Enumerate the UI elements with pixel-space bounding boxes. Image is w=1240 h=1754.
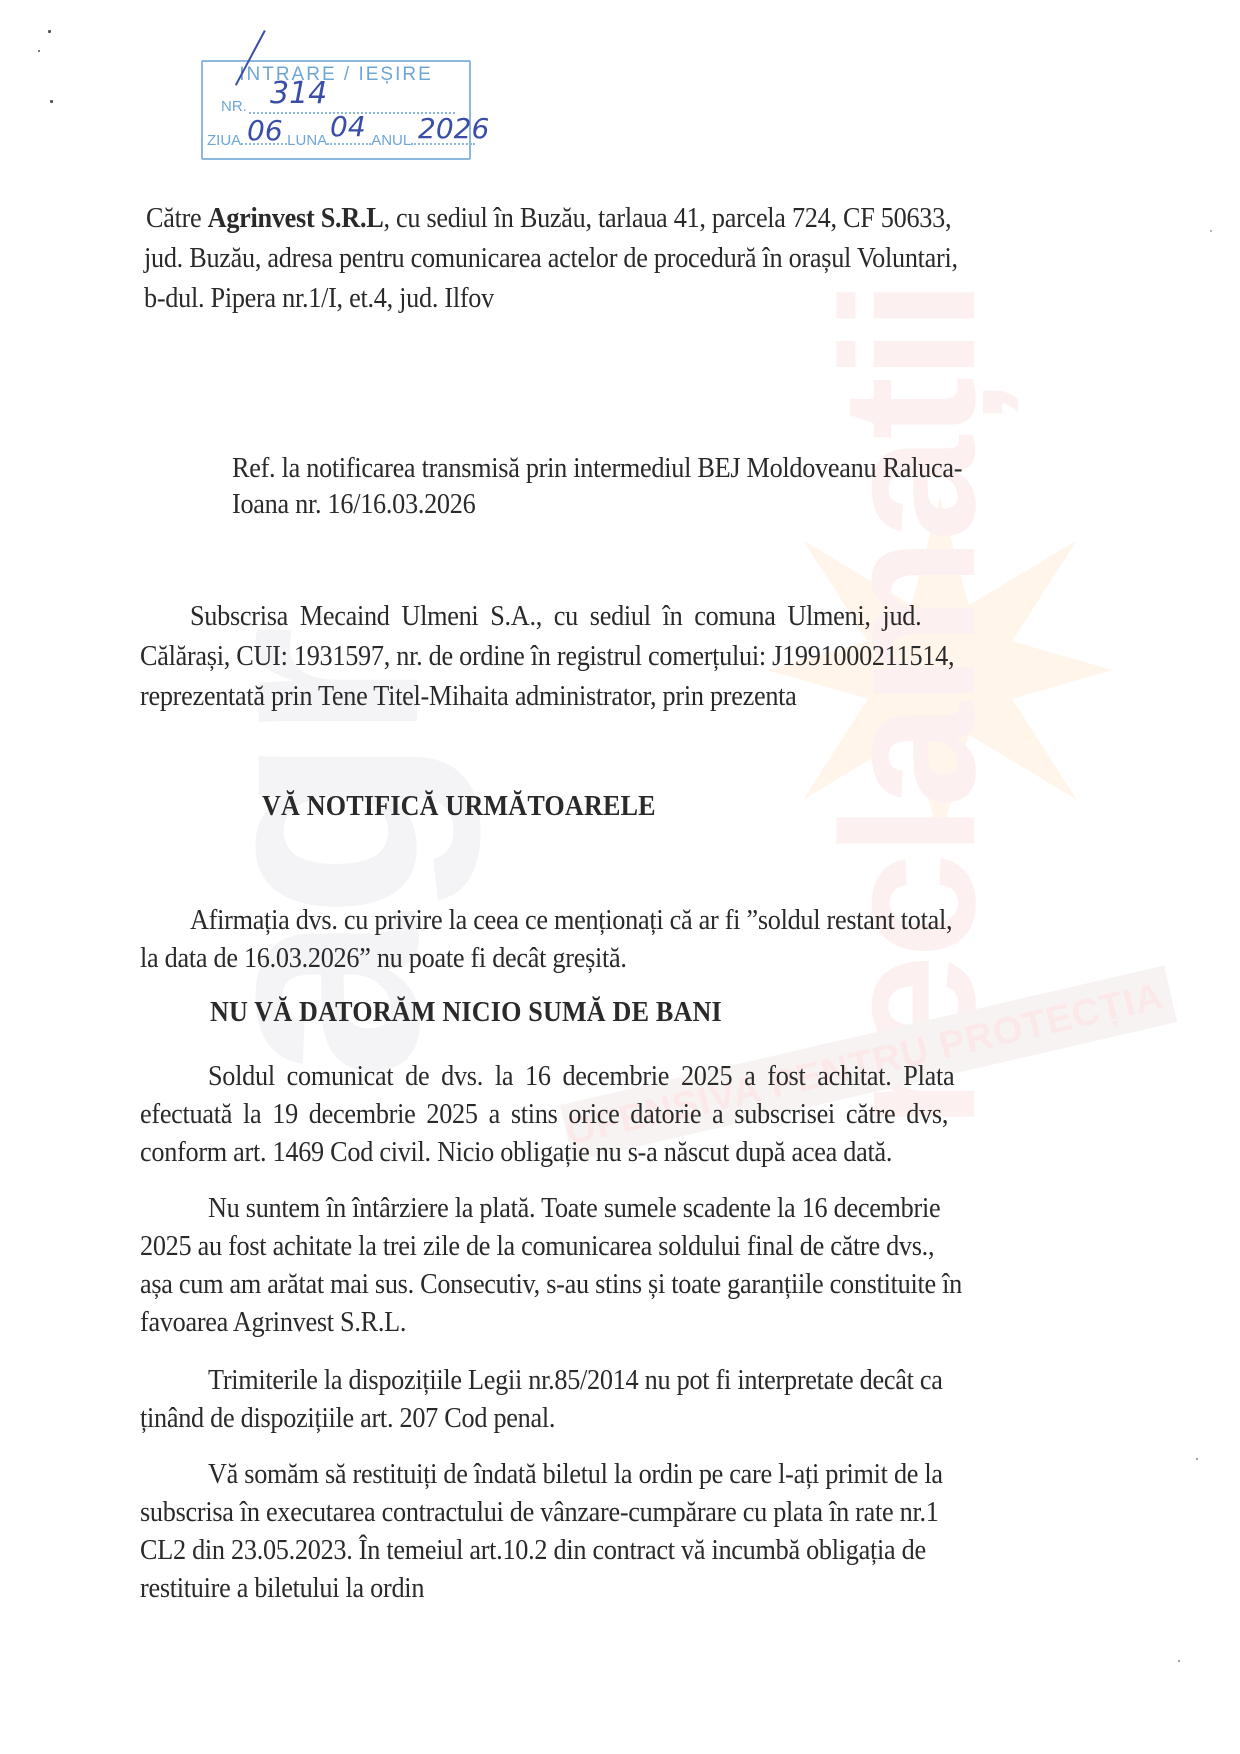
paragraph-1-line-2: la data de 16.03.2026” nu poate fi decât… — [140, 940, 627, 978]
stamp-day-label: ZIUA — [207, 132, 241, 149]
paragraph-3-line-1: Nu suntem în întârziere la plată. Toate … — [208, 1190, 940, 1228]
paragraph-5-line-3: CL2 din 23.05.2023. În temeiul art.10.2 … — [140, 1532, 926, 1570]
scan-speck — [50, 100, 53, 103]
paragraph-4-line-1: Trimiterile la dispozițiile Legii nr.85/… — [208, 1362, 943, 1400]
debt-denial-heading: NU VĂ DATORĂM NICIO SUMĂ DE BANI — [210, 996, 722, 1029]
scan-speck — [38, 50, 40, 52]
sender-line-3: reprezentată prin Tene Titel-Mihaita adm… — [140, 678, 797, 716]
handwritten-day: 06 — [247, 114, 283, 147]
paragraph-2-line-1: Soldul comunicat de dvs. la 16 decembrie… — [208, 1058, 954, 1096]
reference-line-1: Ref. la notificarea transmisă prin inter… — [232, 450, 962, 488]
paragraph-3-line-2: 2025 au fost achitate la trei zile de la… — [140, 1228, 934, 1266]
paragraph-5-line-2: subscrisa în executarea contractului de … — [140, 1494, 939, 1532]
addressee-prefix: Către — [146, 203, 208, 234]
paragraph-1-line-1: Afirmația dvs. cu privire la ceea ce men… — [190, 902, 952, 940]
handwritten-month: 04 — [330, 110, 366, 143]
reference-line-2: Ioana nr. 16/16.03.2026 — [232, 486, 475, 524]
scan-speck — [1196, 1458, 1198, 1460]
handwritten-registration-number: 314 — [270, 76, 327, 111]
addressee-company: Agrinvest S.R.L — [208, 203, 384, 234]
paragraph-4-line-2: ținând de dispozițiile art. 207 Cod pena… — [140, 1400, 555, 1438]
scan-speck — [48, 30, 51, 33]
handwritten-year: 2026 — [418, 112, 489, 145]
paragraph-3-line-4: favoarea Agrinvest S.R.L. — [140, 1304, 406, 1342]
paragraph-2-line-2: efectuată la 19 decembrie 2025 a stins o… — [140, 1096, 948, 1134]
scan-speck — [1210, 230, 1212, 232]
addressee-address: , cu sediul în Buzău, tarlaua 41, parcel… — [383, 203, 951, 234]
sender-line-1: Subscrisa Mecaind Ulmeni S.A., cu sediul… — [190, 598, 921, 636]
addressee-line-3: b-dul. Pipera nr.1/I, et.4, jud. Ilfov — [144, 280, 494, 318]
stamp-year-label: ANUL — [371, 132, 411, 149]
sender-line-2: Călărași, CUI: 1931597, nr. de ordine în… — [140, 638, 954, 676]
stamp-nr-label: NR. — [221, 98, 247, 115]
scan-speck — [1178, 1660, 1180, 1662]
document-page: agr reclamații OFENSIVA PENTRU PROTECȚIA… — [0, 0, 1240, 1754]
stamp-month-label: LUNA — [287, 132, 327, 149]
paragraph-5-line-4: restituire a biletului la ordin — [140, 1570, 424, 1608]
addressee-line-1: Către Agrinvest S.R.L, cu sediul în Buză… — [146, 200, 951, 238]
watermark-reclamatii: reclamații — [800, 283, 1018, 1130]
paragraph-3-line-3: așa cum am arătat mai sus. Consecutiv, s… — [140, 1266, 962, 1304]
paragraph-5-line-1: Vă somăm să restituiți de îndată biletul… — [208, 1456, 943, 1494]
addressee-line-2: jud. Buzău, adresa pentru comunicarea ac… — [144, 240, 958, 278]
paragraph-2-line-3: conform art. 1469 Cod civil. Nicio oblig… — [140, 1134, 892, 1172]
notice-heading: VĂ NOTIFICĂ URMĂTOARELE — [262, 790, 656, 823]
